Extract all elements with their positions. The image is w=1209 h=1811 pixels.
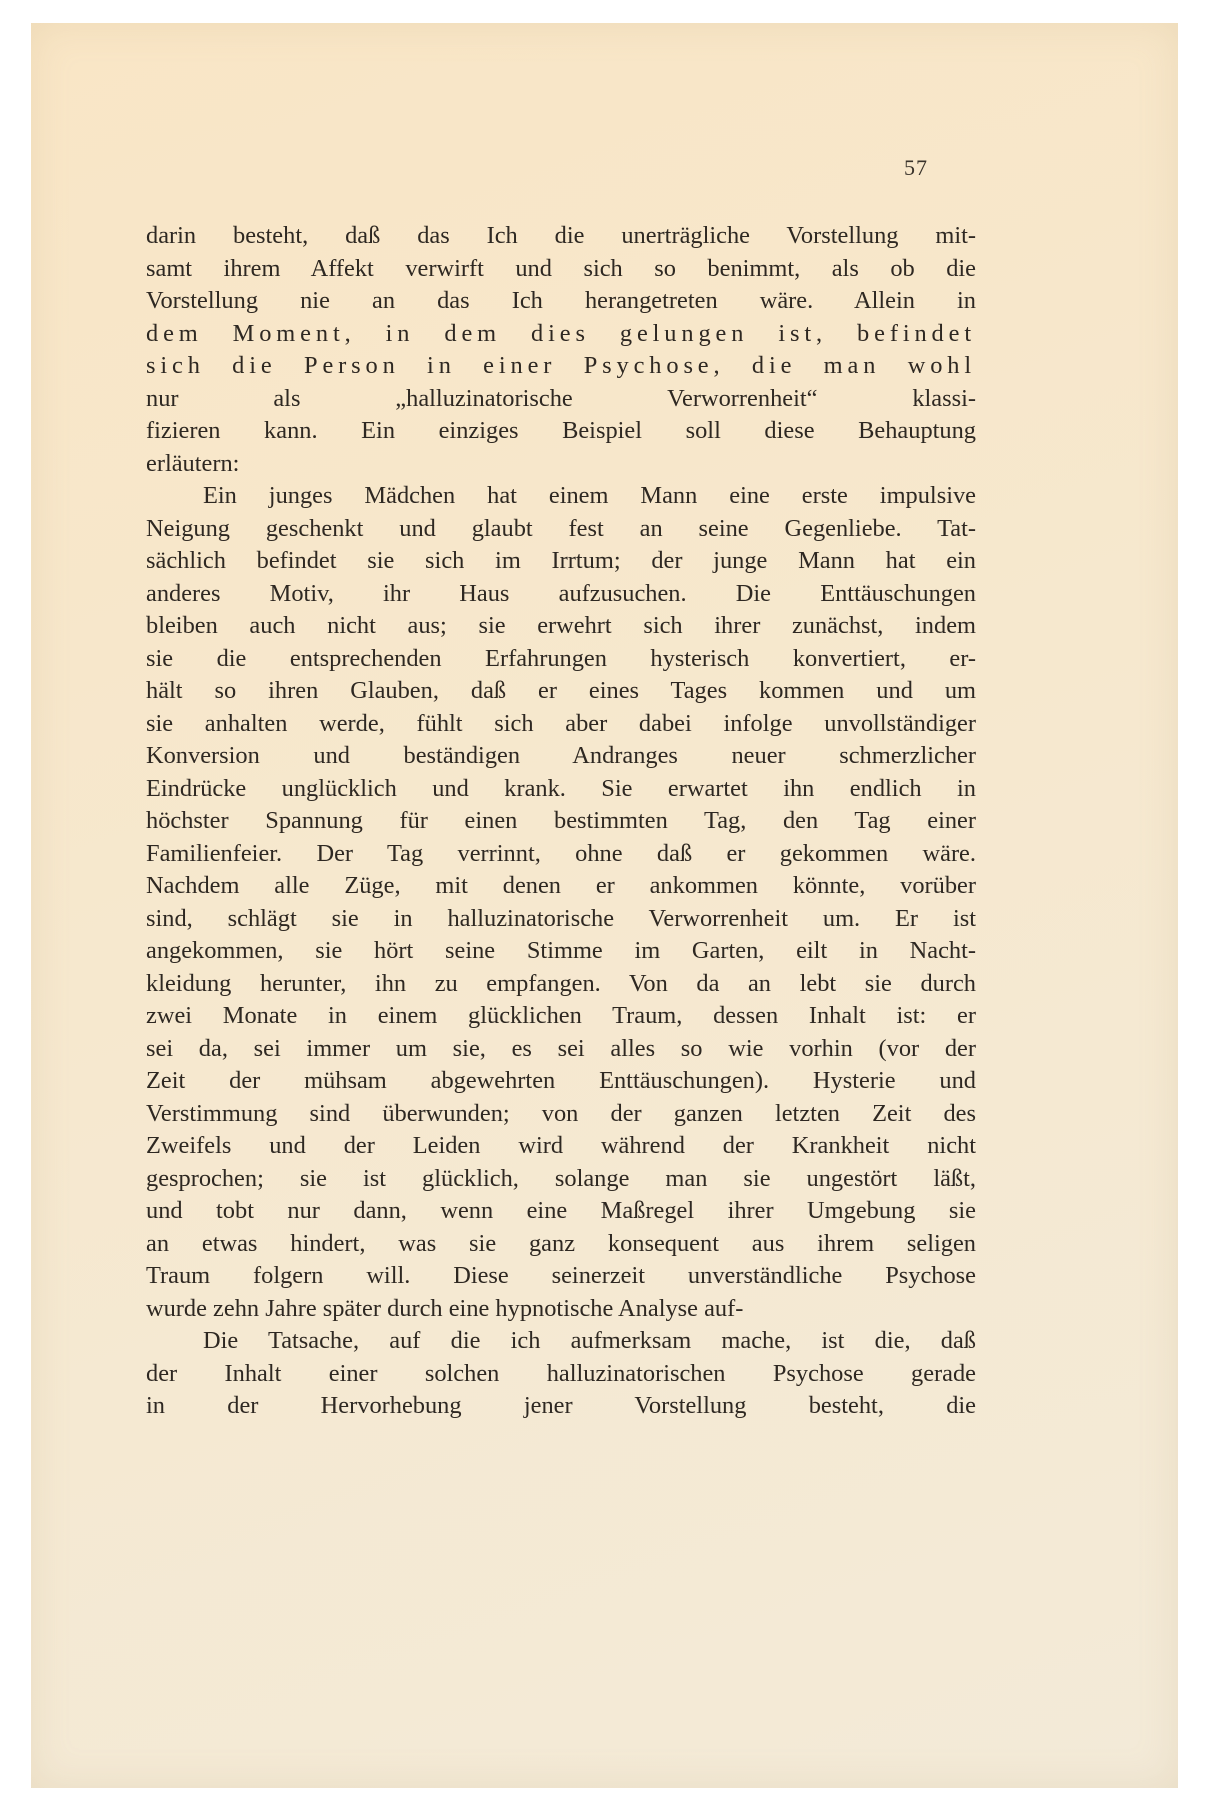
text-line: wurde zehn Jahre später durch eine hypno… (146, 1293, 976, 1326)
text-line: sei da, sei immer um sie, es sei alles s… (146, 1033, 976, 1066)
paragraph: Ein junges Mädchen hat einem Mann eine e… (146, 480, 976, 1325)
text-line: samt ihrem Affekt verwirft und sich so b… (146, 253, 976, 286)
text-line: sie anhalten werde, fühlt sich aber dabe… (146, 708, 976, 741)
text-line: erläutern: (146, 448, 976, 481)
text-line: gesprochen; sie ist glücklich, solange m… (146, 1163, 976, 1196)
text-line: darin besteht, daß das Ich die unerträgl… (146, 220, 976, 253)
text-line: an etwas hindert, was sie ganz konsequen… (146, 1228, 976, 1261)
text-line: höchster Spannung für einen bestimmten T… (146, 805, 976, 838)
text-line: und tobt nur dann, wenn eine Maßregel ih… (146, 1195, 976, 1228)
text-line: der Inhalt einer solchen halluzinatorisc… (146, 1358, 976, 1391)
text-line: Konversion und beständigen Andranges neu… (146, 740, 976, 773)
text-line: Zweifels und der Leiden wird während der… (146, 1130, 976, 1163)
text-line: bleiben auch nicht aus; sie erwehrt sich… (146, 610, 976, 643)
text-line: Verstimmung sind überwunden; von der gan… (146, 1098, 976, 1131)
text-line: Familienfeier. Der Tag verrinnt, ohne da… (146, 838, 976, 871)
paragraph: Die Tatsache, auf die ich aufmerksam mac… (146, 1325, 976, 1423)
text-line: Ein junges Mädchen hat einem Mann eine e… (146, 480, 976, 513)
book-page: 57 darin besteht, daß das Ich die unertr… (31, 23, 1178, 1788)
text-line: sächlich befindet sie sich im Irrtum; de… (146, 545, 976, 578)
text-line: in der Hervorhebung jener Vorstellung be… (146, 1390, 976, 1423)
text-line: sie die entsprechenden Erfahrungen hyste… (146, 643, 976, 676)
text-line: anderes Motiv, ihr Haus aufzusuchen. Die… (146, 578, 976, 611)
text-line: Eindrücke unglücklich und krank. Sie erw… (146, 773, 976, 806)
text-line: Traum folgern will. Diese seinerzeit unv… (146, 1260, 976, 1293)
text-line: zwei Monate in einem glücklichen Traum, … (146, 1000, 976, 1033)
text-line: kleidung herunter, ihn zu empfangen. Von… (146, 968, 976, 1001)
text-line: nur als „halluzinatorische Verworrenheit… (146, 383, 976, 416)
text-line: sind, schlägt sie in halluzinatorische V… (146, 903, 976, 936)
text-line: Zeit der mühsam abgewehrten Enttäuschung… (146, 1065, 976, 1098)
text-line: hält so ihren Glauben, daß er eines Tage… (146, 675, 976, 708)
text-line: Neigung geschenkt und glaubt fest an sei… (146, 513, 976, 546)
text-line: Nachdem alle Züge, mit denen er ankommen… (146, 870, 976, 903)
paragraph: darin besteht, daß das Ich die unerträgl… (146, 220, 976, 480)
text-line: sich die Person in einer Psychose, die m… (146, 350, 976, 383)
text-line: angekommen, sie hört seine Stimme im Gar… (146, 935, 976, 968)
body-text: darin besteht, daß das Ich die unerträgl… (146, 220, 976, 1423)
text-line: Die Tatsache, auf die ich aufmerksam mac… (146, 1325, 976, 1358)
text-line: fizieren kann. Ein einziges Beispiel sol… (146, 415, 976, 448)
page-number: 57 (904, 155, 928, 181)
text-line: Vorstellung nie an das Ich herangetreten… (146, 285, 976, 318)
text-line: dem Moment, in dem dies gelungen ist, be… (146, 318, 976, 351)
